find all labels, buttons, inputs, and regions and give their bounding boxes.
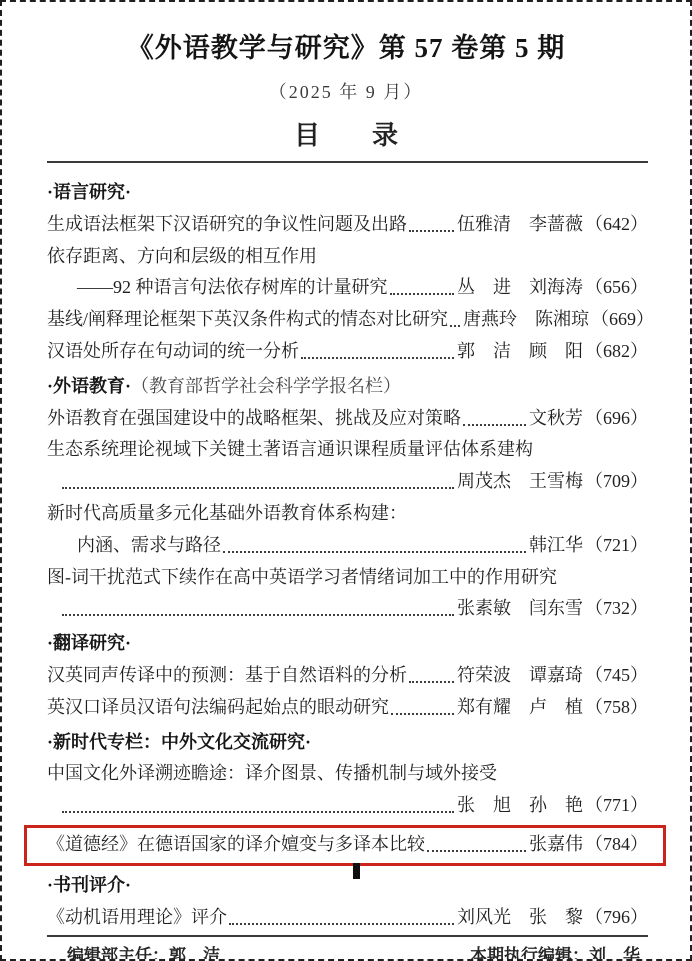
section-heading: ·翻译研究·	[47, 628, 648, 660]
leader-dots	[229, 902, 454, 934]
entry-authors: 周茂杰 王雪梅	[457, 466, 583, 498]
entry-title: 《动机语用理论》评介	[47, 902, 227, 934]
section-heading: ·外语教育·（教育部哲学社会科学学报名栏）	[47, 371, 648, 403]
toc-entry-wrap-line: 生态系统理论视域下关键土著语言通识课程质量评估体系建构	[47, 434, 648, 466]
entry-subtitle: ——92 种语言句法依存树库的计量研究	[77, 272, 388, 304]
entry-title: 图-词干扰范式下续作在高中英语学习者情绪词加工中的作用研究	[47, 562, 557, 594]
entry-authors: 符荣波 谭嘉琦	[457, 660, 583, 692]
leader-dots	[450, 304, 460, 336]
highlight-box: 《道德经》在德语国家的译介嬗变与多译本比较张嘉伟（784）	[24, 825, 666, 866]
toc-entry: 基线/阐释理论框架下英汉条件构式的情态对比研究唐燕玲 陈湘琼（669）	[47, 304, 648, 336]
leader-dots	[391, 692, 454, 724]
leader-dots	[390, 272, 455, 304]
entry-title: 外语教育在强国建设中的战略框架、挑战及应对策略	[47, 403, 461, 435]
entry-page-number: （709）	[585, 466, 648, 498]
entry-authors: 丛 进 刘海涛	[457, 272, 583, 304]
entry-title: 《道德经》在德语国家的译介嬗变与多译本比较	[47, 829, 425, 861]
toc-entry: 英汉口译员汉语句法编码起始点的眼动研究郑有耀 卢 植（758）	[47, 692, 648, 724]
entry-page-number: （682）	[585, 336, 648, 368]
cursor-mark	[353, 863, 360, 879]
section-heading-note: （教育部哲学社会科学学报名栏）	[131, 371, 401, 403]
entry-page-number: （721）	[585, 530, 648, 562]
toc-title: 目 录	[2, 115, 690, 152]
entry-page-number: （669）	[591, 304, 654, 336]
section-heading-label: ·书刊评介·	[47, 870, 131, 902]
entry-title: 基线/阐释理论框架下英汉条件构式的情态对比研究	[47, 304, 448, 336]
toc-entry: 汉英同声传译中的预测：基于自然语料的分析符荣波 谭嘉琦（745）	[47, 660, 648, 692]
toc-entry-highlighted: 《道德经》在德语国家的译介嬗变与多译本比较张嘉伟（784）	[47, 829, 648, 861]
entry-authors: 张素敏 闫东雪	[457, 593, 583, 625]
toc-entry: 汉语处所存在句动词的统一分析郭 洁 顾 阳（682）	[47, 336, 648, 368]
leader-dots	[427, 829, 526, 861]
entry-title: 汉英同声传译中的预测：基于自然语料的分析	[47, 660, 407, 692]
entry-page-number: （758）	[585, 692, 648, 724]
leader-dots	[62, 790, 454, 822]
leader-dots	[409, 209, 454, 241]
leader-dots	[62, 466, 454, 498]
entry-page-number: （784）	[585, 829, 648, 861]
entry-authors: 唐燕玲 陈湘琼	[463, 304, 589, 336]
entry-title: 依存距离、方向和层级的相互作用	[47, 241, 317, 273]
entry-page-number: （732）	[585, 593, 648, 625]
toc-entry-continuation: 内涵、需求与路径韩江华（721）	[47, 530, 648, 562]
section-heading-label: ·翻译研究·	[47, 628, 131, 660]
section-heading-label: ·语言研究·	[47, 177, 131, 209]
entry-authors: 郑有耀 卢 植	[457, 692, 583, 724]
leader-dots	[62, 593, 454, 625]
toc-entry-author-line: 张素敏 闫东雪（732）	[47, 593, 648, 625]
entry-authors: 刘风光 张 黎	[457, 902, 583, 934]
section-heading: ·新时代专栏：中外文化交流研究·	[47, 727, 648, 759]
entry-title: 中国文化外译溯迹瞻途：译介图景、传播机制与域外接受	[47, 758, 497, 790]
entry-subtitle: 内涵、需求与路径	[77, 530, 221, 562]
toc-content: ·语言研究· 生成语法框架下汉语研究的争议性问题及出路伍雅清 李蔷薇（642） …	[2, 163, 690, 933]
toc-entry: 生成语法框架下汉语研究的争议性问题及出路伍雅清 李蔷薇（642）	[47, 209, 648, 241]
entry-authors: 伍雅清 李蔷薇	[457, 209, 583, 241]
entry-authors: 韩江华	[529, 530, 583, 562]
entry-authors: 张嘉伟	[529, 829, 583, 861]
issue-date: （2025 年 9 月）	[2, 78, 690, 104]
entry-title: 汉语处所存在句动词的统一分析	[47, 336, 299, 368]
toc-entry: 外语教育在强国建设中的战略框架、挑战及应对策略文秋芳（696）	[47, 403, 648, 435]
entry-authors: 文秋芳	[529, 403, 583, 435]
entry-page-number: （656）	[585, 272, 648, 304]
toc-entry-wrap-line: 图-词干扰范式下续作在高中英语学习者情绪词加工中的作用研究	[47, 562, 648, 594]
leader-dots	[223, 530, 526, 562]
toc-entry-wrap-line: 新时代高质量多元化基础外语教育体系构建：	[47, 498, 648, 530]
leader-dots	[301, 336, 454, 368]
entry-page-number: （796）	[585, 902, 648, 934]
section-heading: ·书刊评介·	[47, 870, 648, 902]
footer-editorial-director: 编辑部主任：郭 洁	[67, 943, 220, 961]
entry-page-number: （642）	[585, 209, 648, 241]
toc-entry-author-line: 张 旭 孙 艳（771）	[47, 790, 648, 822]
toc-entry-continuation: ——92 种语言句法依存树库的计量研究丛 进 刘海涛（656）	[47, 272, 648, 304]
entry-page-number: （745）	[585, 660, 648, 692]
section-heading: ·语言研究·	[47, 177, 648, 209]
entry-title: 英汉口译员汉语句法编码起始点的眼动研究	[47, 692, 389, 724]
section-heading-label: ·新时代专栏：中外文化交流研究·	[47, 727, 311, 759]
entry-page-number: （771）	[585, 790, 648, 822]
entry-authors: 郭 洁 顾 阳	[457, 336, 583, 368]
entry-authors: 张 旭 孙 艳	[457, 790, 583, 822]
footer: 编辑部主任：郭 洁 本期执行编辑：刘 华	[67, 943, 640, 961]
leader-dots	[463, 403, 526, 435]
journal-title: 《外语教学与研究》第 57 卷第 5 期	[2, 26, 690, 65]
entry-title: 新时代高质量多元化基础外语教育体系构建：	[47, 498, 407, 530]
entry-title: 生成语法框架下汉语研究的争议性问题及出路	[47, 209, 407, 241]
journal-toc-page: 《外语教学与研究》第 57 卷第 5 期 （2025 年 9 月） 目 录 ·语…	[0, 0, 692, 961]
entry-title: 生态系统理论视域下关键土著语言通识课程质量评估体系建构	[47, 434, 533, 466]
toc-entry-author-line: 周茂杰 王雪梅（709）	[47, 466, 648, 498]
footer-executive-editor: 本期执行编辑：刘 华	[470, 943, 640, 961]
section-heading-label: ·外语教育·	[47, 371, 131, 403]
toc-entry-wrap-line: 中国文化外译溯迹瞻途：译介图景、传播机制与域外接受	[47, 758, 648, 790]
toc-entry-wrap-line: 依存距离、方向和层级的相互作用	[47, 241, 648, 273]
entry-page-number: （696）	[585, 403, 648, 435]
toc-entry: 《动机语用理论》评介刘风光 张 黎（796）	[47, 902, 648, 934]
leader-dots	[409, 660, 454, 692]
footer-rule	[47, 935, 648, 937]
